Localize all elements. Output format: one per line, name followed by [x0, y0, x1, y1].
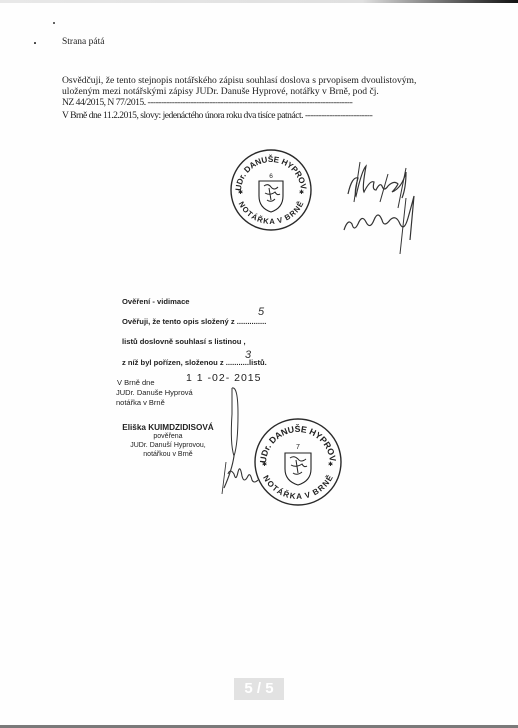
- certification-line: V Brně dne 11.2.2015, slovy: jedenáctého…: [62, 110, 464, 122]
- notary-seal-icon: JUDr. DANUŠE HYPROVÁ NOTÁŘKA V BRNĚ ✱ ✱ …: [229, 148, 313, 232]
- svg-text:✱: ✱: [238, 189, 243, 196]
- certification-line: NZ 44/2015, N 77/2015. -----------------…: [62, 97, 464, 109]
- svg-text:✱: ✱: [328, 461, 333, 468]
- delegate-name: Eliška KUIMDZIDISOVÁ: [108, 423, 228, 432]
- page-label: Strana pátá: [62, 37, 104, 47]
- handwritten-sheet-count: 5: [258, 306, 264, 318]
- verification-line-2: listů doslovně souhlasí s listinou ,: [122, 337, 246, 346]
- scan-speck: [34, 42, 36, 44]
- handwritten-source-count: 3: [245, 349, 251, 361]
- scan-speck: [53, 22, 55, 24]
- document-page: Strana pátá Osvědčuji, že tento stejnopi…: [0, 0, 518, 728]
- svg-text:✱: ✱: [262, 461, 267, 468]
- svg-text:7: 7: [296, 444, 300, 451]
- notary-seal-icon: JUDr. DANUŠE HYPROVÁ NOTÁŘKA V BRNĚ ✱ ✱ …: [253, 417, 343, 507]
- notary-title: notářka v Brně: [116, 398, 165, 407]
- notary-seal-bottom: JUDr. DANUŠE HYPROVÁ NOTÁŘKA V BRNĚ ✱ ✱ …: [253, 417, 343, 507]
- scan-edge-shadow: [0, 0, 518, 3]
- svg-text:JUDr. DANUŠE HYPROVÁ: JUDr. DANUŠE HYPROVÁ: [253, 417, 338, 464]
- notary-seal-top: JUDr. DANUŠE HYPROVÁ NOTÁŘKA V BRNĚ ✱ ✱ …: [229, 148, 313, 232]
- delegate-stamp: Eliška KUIMDZIDISOVÁ pověřena JUDr. Danu…: [108, 423, 228, 459]
- delegate-line: JUDr. Danuší Hyprovou,: [108, 441, 228, 450]
- handwritten-signature: [340, 158, 440, 258]
- notary-signature-top: [340, 158, 440, 258]
- svg-text:✱: ✱: [299, 189, 304, 196]
- delegate-line: pověřena: [108, 432, 228, 441]
- svg-text:6: 6: [269, 173, 273, 180]
- verification-line-1: Ověřuji, že tento opis složený z .......…: [122, 317, 266, 326]
- date-stamp: 1 1 -02- 2015: [186, 372, 261, 384]
- verification-heading: Ověření - vidimace: [122, 297, 190, 306]
- certification-paragraph: Osvědčuji, že tento stejnopis notářského…: [62, 75, 464, 121]
- certification-line: uloženým mezi notářskými zápisy JUDr. Da…: [62, 86, 464, 98]
- page-indicator: 5 / 5: [234, 678, 284, 700]
- delegate-line: notářkou v Brně: [108, 450, 228, 459]
- notary-name: JUDr. Danuše Hyprová: [116, 388, 193, 397]
- verification-place: V Brně dne: [117, 378, 155, 387]
